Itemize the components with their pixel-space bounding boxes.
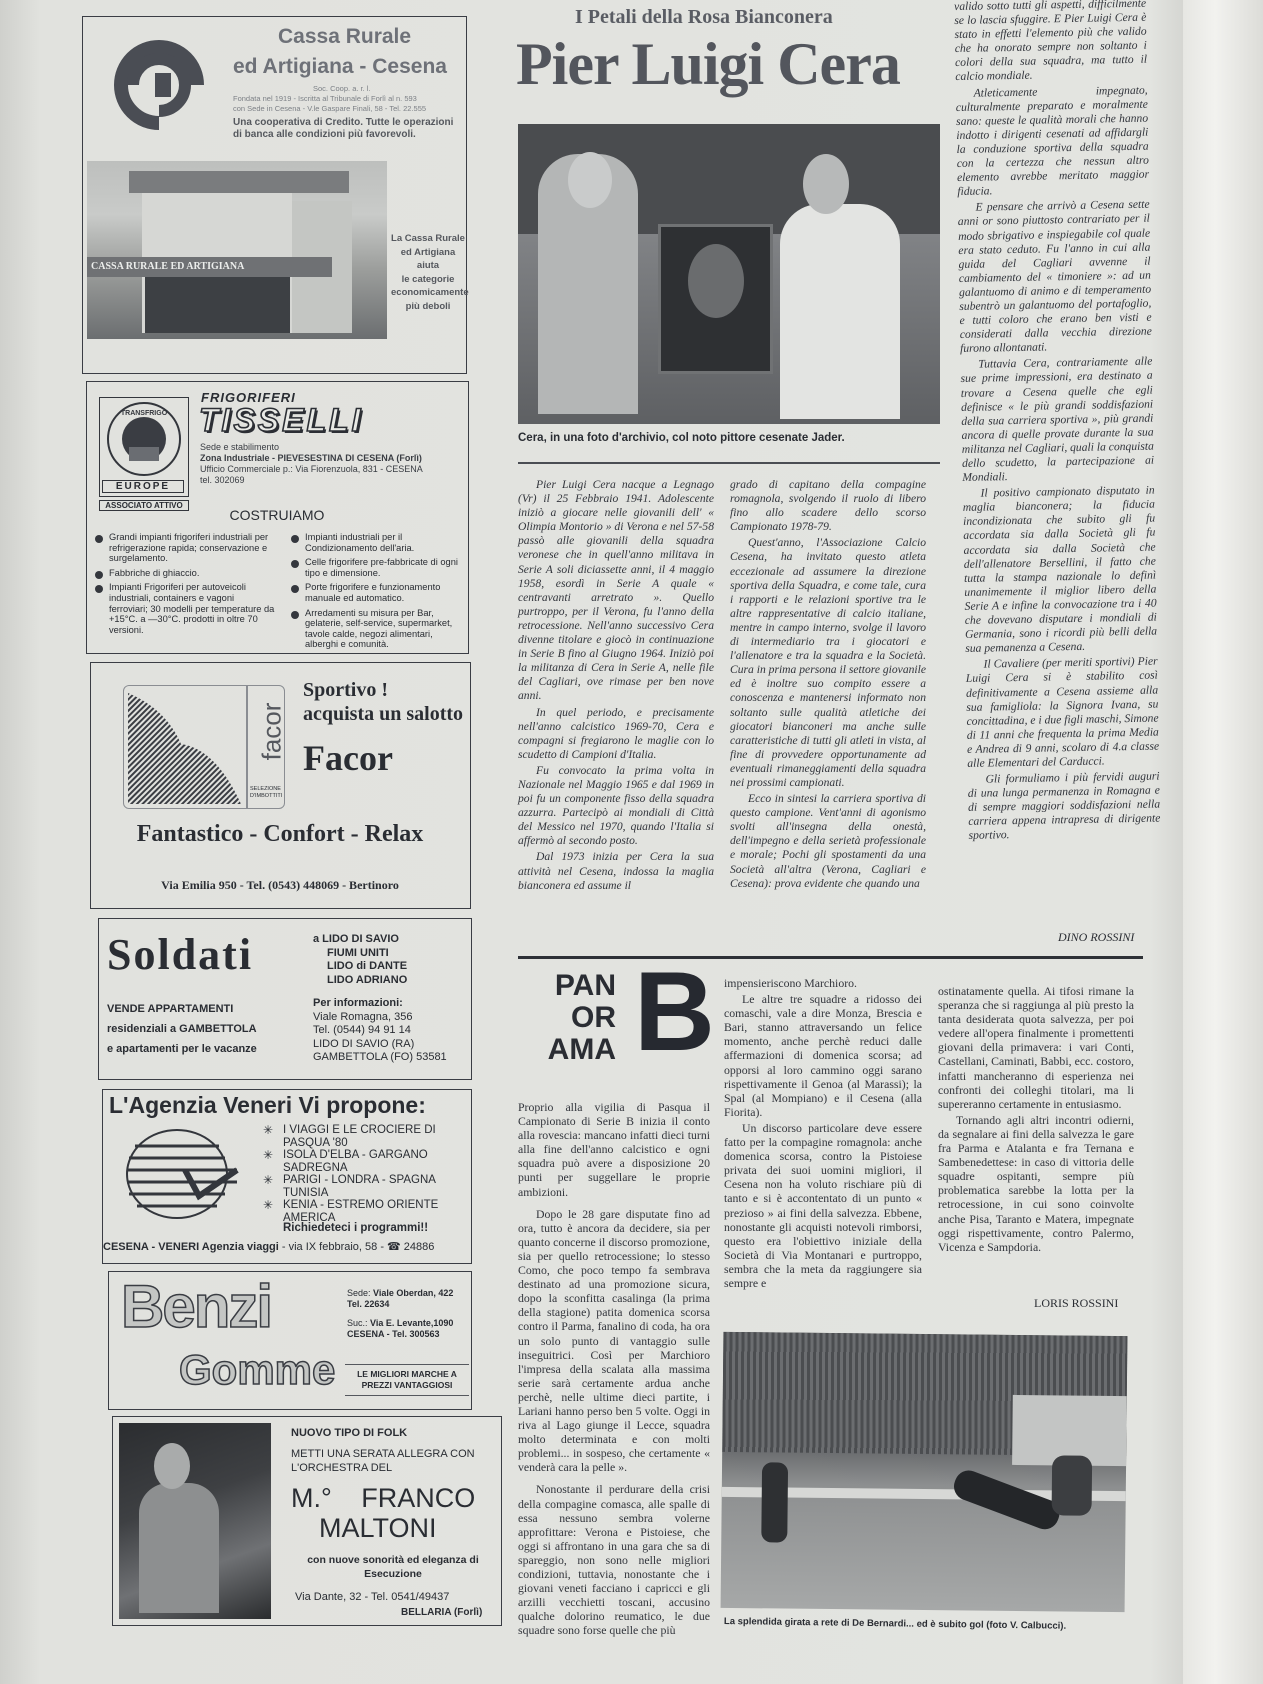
- cera-with-painter-photo: [518, 124, 940, 424]
- cassa-slogan: Una cooperativa di Credito. Tutte le ope…: [233, 117, 465, 141]
- facor-logo-text: facor: [257, 702, 288, 762]
- page-edge: [1183, 0, 1263, 1684]
- tisselli-address-4: tel. 302069: [200, 475, 423, 486]
- divider: [518, 462, 940, 464]
- article1-column1: Pier Luigi Cera nacque a Legnago (Vr) il…: [518, 478, 714, 895]
- maltoni-address: Via Dante, 32 - Tel. 0541/49437: [295, 1591, 449, 1603]
- article1-kicker: I Petali della Rosa Bianconera: [575, 6, 833, 29]
- cassa-title-line1: Cassa Rurale: [278, 25, 411, 49]
- facor-address: Via Emilia 950 - Tel. (0543) 448069 - Be…: [91, 878, 469, 893]
- facor-tagline: Fantastico - Confort - Relax: [91, 821, 469, 848]
- maltoni-tagline: con nuove sonorità ed eleganza di Esecuz…: [293, 1553, 493, 1581]
- veneri-title: L'Agenzia Veneri Vi propone:: [109, 1092, 426, 1119]
- cassa-seat: con Sede in Cesena - V.le Gaspare Finali…: [233, 104, 426, 113]
- facor-logo-sub: SELEZIONE D'IMBOTTITI: [250, 786, 284, 800]
- tisselli-heading: COSTRUIAMO: [87, 507, 467, 523]
- article1-photo-caption: Cera, in una foto d'archivio, col noto p…: [518, 432, 845, 444]
- benzi-slogan: LE MIGLIORI MARCHE A PREZZI VANTAGGIOSI: [345, 1364, 469, 1396]
- maltoni-line2: L'ORCHESTRA DEL: [291, 1461, 475, 1475]
- maltoni-city: BELLARIA (Forlì): [401, 1607, 482, 1618]
- tisselli-address-3: Ufficio Commerciale p.: Via Fiorenzuola,…: [200, 464, 423, 475]
- ad-frigoriferi-tisselli: TRANSFRIGO EUROPE ASSOCIATO ATTIVO FRIGO…: [86, 381, 469, 654]
- tisselli-address-1: Sede e stabilimento: [200, 442, 423, 453]
- svg-text:TRANSFRIGO: TRANSFRIGO: [121, 410, 168, 417]
- panorama-logo: PAN OR AMA: [540, 970, 616, 1066]
- soldati-brand: Soldati: [107, 929, 253, 980]
- article2-column1: Proprio alla vigilia di Pasqua il Campio…: [518, 1100, 710, 1639]
- veneri-footer: CESENA - VENERI Agenzia viaggi - via IX …: [103, 1240, 434, 1253]
- benzi-brand-bottom: Gomme: [179, 1346, 335, 1394]
- article1-column2: grado di capitano della compagine romagn…: [730, 478, 926, 893]
- soldati-desc-1: VENDE APPARTAMENTI: [107, 999, 257, 1019]
- benzi-suc: Suc.: Via E. Levante,1090: [347, 1318, 453, 1329]
- cassa-building-photo: CASSA RURALE ED ARTIGIANA: [87, 161, 387, 339]
- cassa-founded: Fondata nel 1919 - Iscritta al Tribunale…: [233, 94, 417, 103]
- soldati-desc-3: e apartamenti per le vacanze: [107, 1039, 257, 1059]
- article1-byline: DINO ROSSINI: [1058, 930, 1134, 945]
- football-match-photo: [721, 1332, 1128, 1612]
- cassa-rurale-logo-icon: [103, 29, 215, 141]
- cassa-soc: Soc. Coop. a. r. l.: [313, 84, 371, 93]
- article2-column3: ostinatamente quella. Ai tifosi rimane l…: [938, 984, 1134, 1256]
- article1-title: Pier Luigi Cera: [516, 30, 900, 99]
- transfrigoroute-badge: TRANSFRIGO EUROPE: [99, 397, 189, 497]
- tisselli-brand: TISSELLI: [199, 402, 363, 439]
- article2-photo-caption: La splendida girata a rete di De Bernard…: [724, 1616, 1066, 1632]
- globe-truck-icon: TRANSFRIGO: [101, 399, 187, 481]
- article2-column2: impensieriscono Marchioro. Le altre tre …: [724, 976, 922, 1292]
- cassa-side-text: La Cassa Rurale ed Artigiana aiuta le ca…: [391, 232, 465, 313]
- benzi-sede-tel: Tel. 22634: [347, 1299, 453, 1310]
- maltoni-title-prefix: M.° FRANCO: [291, 1483, 475, 1514]
- veneri-striped-globe-icon: [125, 1126, 241, 1222]
- saxophonist-photo: [119, 1423, 271, 1619]
- article1-column3: valido sotto tutti gli aspetti, difficil…: [954, 0, 1161, 845]
- ad-agenzia-veneri: L'Agenzia Veneri Vi propone: I VIAGGI E …: [102, 1089, 472, 1264]
- facor-headline2: acquista un salotto: [303, 703, 463, 726]
- facor-brand: Facor: [303, 737, 393, 779]
- soldati-desc-2: residenziali a GAMBETTOLA: [107, 1019, 257, 1039]
- tisselli-left-list: Grandi impianti frigoriferi industriali …: [95, 532, 275, 639]
- maltoni-title-name: MALTONI: [319, 1513, 437, 1544]
- ad-benzi-gomme-box: Benzi Gomme Sede: Viale Oberdan, 422 Tel…: [108, 1271, 472, 1410]
- article2-byline: LORIS ROSSINI: [1034, 1296, 1118, 1311]
- maltoni-line1: METTI UNA SERATA ALLEGRA CON: [291, 1447, 475, 1461]
- facor-striped-fan-icon: [126, 689, 246, 807]
- ad-facor: facor SELEZIONE D'IMBOTTITI Sportivo ! a…: [90, 662, 471, 909]
- soldati-info: Per informazioni: Viale Romagna, 356 Tel…: [313, 997, 447, 1065]
- tisselli-address-2: Zona Industriale - PIEVESESTINA DI CESEN…: [200, 453, 423, 464]
- soldati-locations: a LIDO DI SAVIO FIUMI UNITI LIDO di DANT…: [313, 933, 407, 987]
- article-divider: [518, 956, 1143, 959]
- veneri-cta: Richiedeteci i programmi!!: [283, 1222, 428, 1234]
- ad-soldati: Soldati VENDE APPARTAMENTI residenziali …: [98, 918, 472, 1080]
- benzi-suc-tel: CESENA - Tel. 300563: [347, 1329, 453, 1340]
- ad-cassa-rurale: Cassa Rurale ed Artigiana - Cesena Soc. …: [82, 16, 467, 374]
- veneri-list: I VIAGGI E LE CROCIERE DI PASQUA '80 ISO…: [263, 1124, 468, 1224]
- badge-europe: EUROPE: [102, 480, 184, 493]
- maltoni-kicker: NUOVO TIPO DI FOLK: [291, 1427, 407, 1439]
- facor-headline1: Sportivo !: [303, 679, 388, 702]
- cassa-title-line2: ed Artigiana - Cesena: [233, 55, 447, 79]
- ad-franco-maltoni-box: NUOVO TIPO DI FOLK METTI UNA SERATA ALLE…: [112, 1416, 502, 1626]
- facor-logo: facor SELEZIONE D'IMBOTTITI: [123, 685, 285, 809]
- benzi-brand-top: Benzi: [121, 1272, 271, 1341]
- cassa-sign: CASSA RURALE ED ARTIGIANA: [91, 261, 244, 272]
- magazine-page: Cassa Rurale ed Artigiana - Cesena Soc. …: [0, 0, 1263, 1684]
- panorama-logo-b: B: [634, 952, 715, 1072]
- benzi-sede: Sede: Viale Oberdan, 422: [347, 1288, 453, 1299]
- tisselli-right-list: Impianti industriali per il Condizioname…: [291, 532, 463, 654]
